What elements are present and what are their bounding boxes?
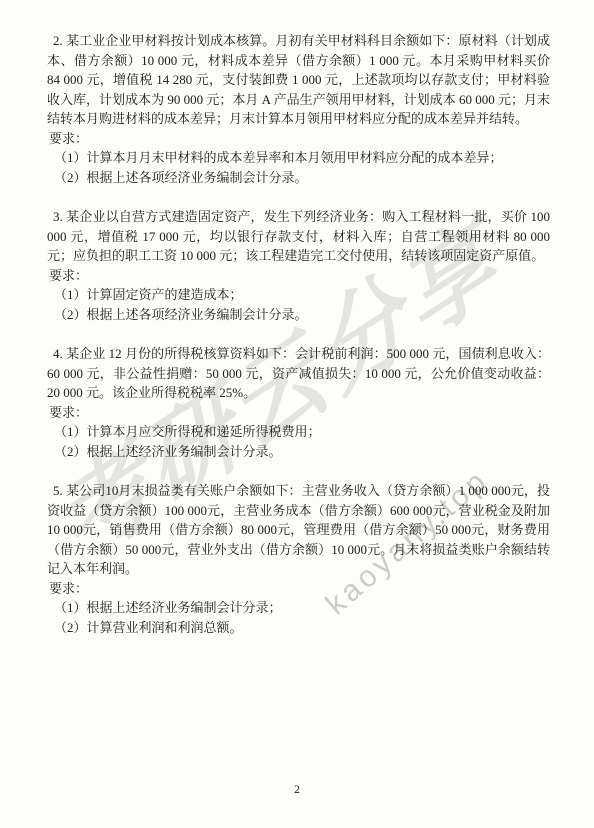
document-body: 2. 某工业企业甲材料按计划成本核算。月初有关甲材料科目余额如下：原材料（计划成… bbox=[47, 31, 550, 657]
problem-4: 4. 某企业 12 月份的所得税核算资料如下：会计税前利润：500 000 元，… bbox=[47, 344, 550, 461]
problem-3-text: 3. 某企业以自营方式建造固定资产，发生下列经济业务：购入工程材料一批，买价 1… bbox=[47, 207, 550, 266]
problem-3-requirement-2: （2）根据上述各项经济业务编制会计分录。 bbox=[54, 305, 550, 325]
problem-5-requirement-2: （2）计算营业利润和利润总额。 bbox=[54, 618, 550, 638]
problem-4-requirement-2: （2）根据上述经济业务编制会计分录。 bbox=[54, 442, 550, 462]
problem-2-requirements-label: 要求： bbox=[49, 129, 550, 149]
problem-4-text: 4. 某企业 12 月份的所得税核算资料如下：会计税前利润：500 000 元，… bbox=[47, 344, 550, 403]
page-number: 2 bbox=[0, 782, 594, 797]
problem-2-requirement-1: （1）计算本月月末甲材料的成本差异率和本月领用甲材料应分配的成本差异； bbox=[54, 148, 550, 168]
problem-2: 2. 某工业企业甲材料按计划成本核算。月初有关甲材料科目余额如下：原材料（计划成… bbox=[47, 31, 550, 187]
problem-3: 3. 某企业以自营方式建造固定资产，发生下列经济业务：购入工程材料一批，买价 1… bbox=[47, 207, 550, 324]
document-page: 考研云分享 kaoyany.top 2. 某工业企业甲材料按计划成本核算。月初有… bbox=[0, 0, 594, 828]
problem-3-requirements-label: 要求： bbox=[49, 266, 550, 286]
problem-5: 5. 某公司10月末损益类有关账户余额如下：主营业务收入（贷方余额）1 000 … bbox=[47, 481, 550, 637]
problem-5-requirements-label: 要求： bbox=[49, 579, 550, 599]
problem-5-requirement-1: （1）根据上述经济业务编制会计分录； bbox=[54, 598, 550, 618]
problem-4-requirements-label: 要求： bbox=[49, 403, 550, 423]
problem-2-requirement-2: （2）根据上述各项经济业务编制会计分录。 bbox=[54, 168, 550, 188]
problem-5-text: 5. 某公司10月末损益类有关账户余额如下：主营业务收入（贷方余额）1 000 … bbox=[47, 481, 550, 579]
problem-2-text: 2. 某工业企业甲材料按计划成本核算。月初有关甲材料科目余额如下：原材料（计划成… bbox=[47, 31, 550, 129]
problem-3-requirement-1: （1）计算固定资产的建造成本； bbox=[54, 285, 550, 305]
problem-4-requirement-1: （1）计算本月应交所得税和递延所得税费用； bbox=[54, 422, 550, 442]
